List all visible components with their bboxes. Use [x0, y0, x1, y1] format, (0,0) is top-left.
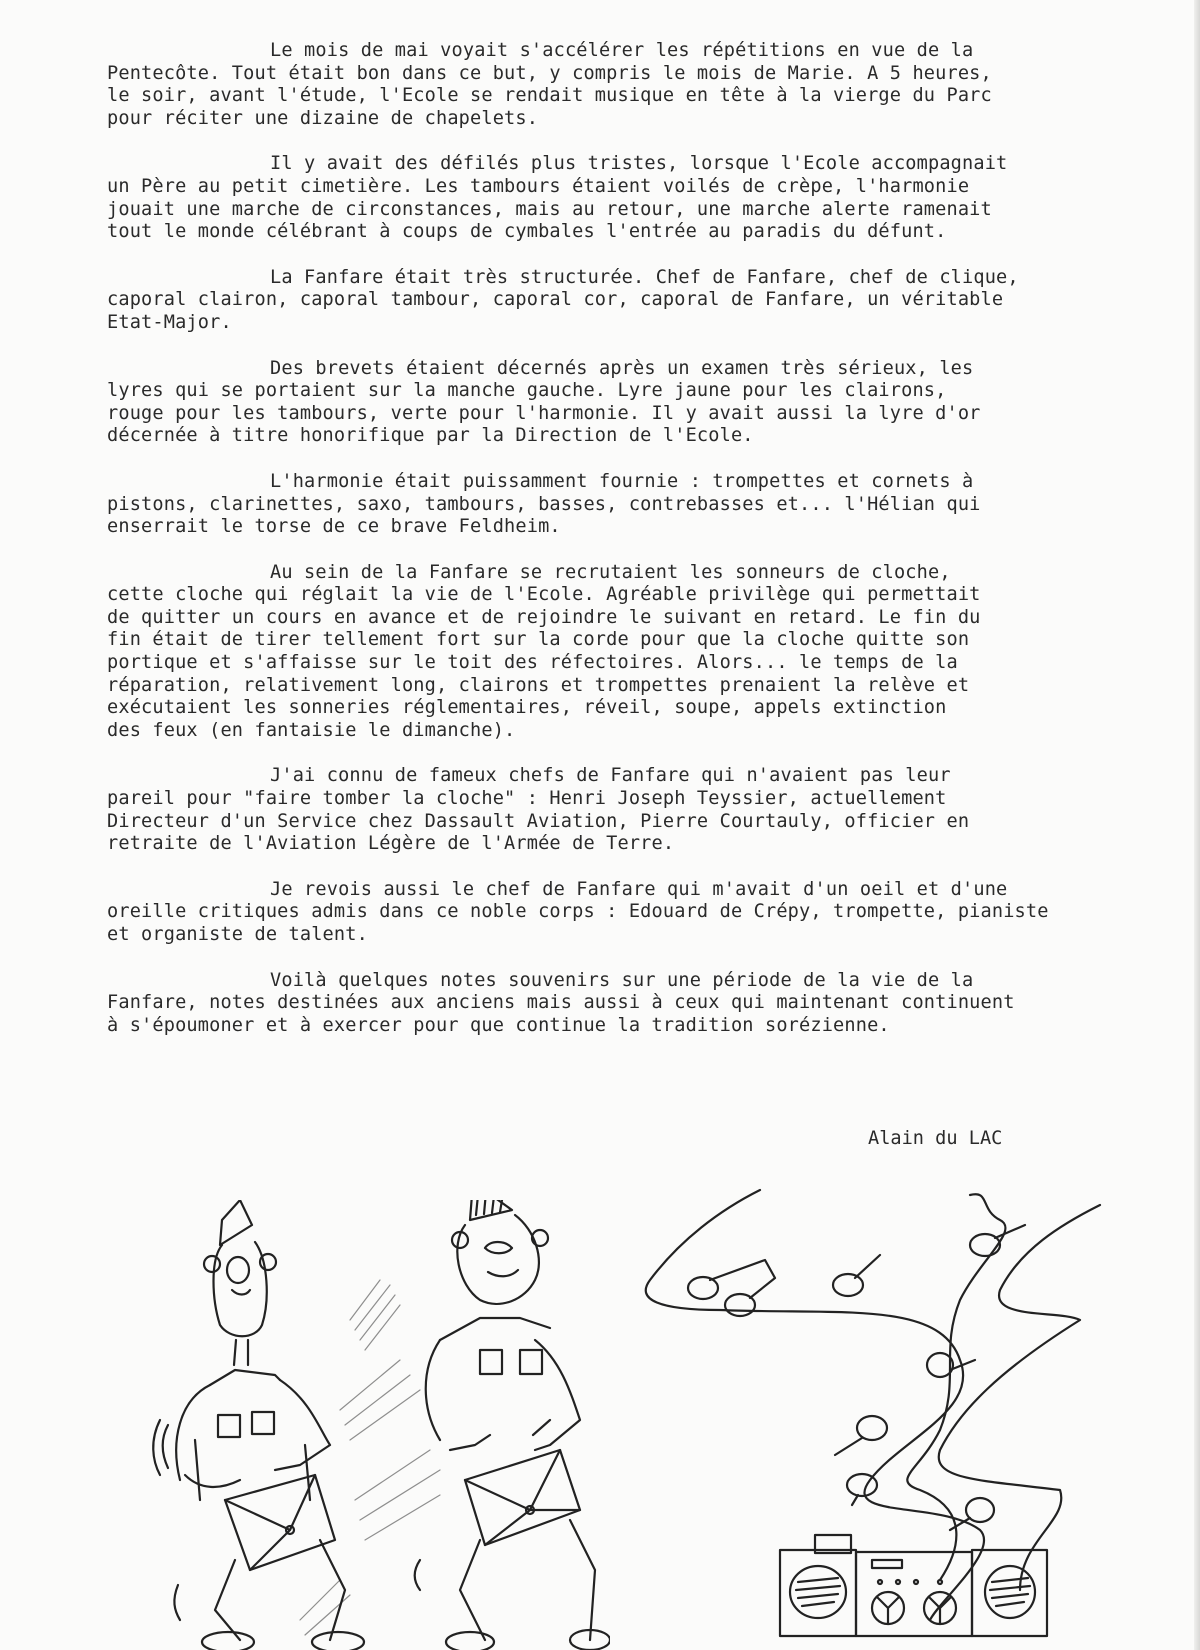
drummer-left [153, 1200, 364, 1650]
text-line: retraite de l'Aviation Légère de l'Armée… [107, 833, 1067, 856]
text-line: caporal clairon, caporal tambour, capora… [107, 289, 1067, 312]
paragraph: L'harmonie était puissamment fournie : t… [107, 471, 1067, 539]
drummers-illustration [140, 1200, 610, 1650]
article-body: Le mois de mai voyait s'accélérer les ré… [107, 40, 1067, 1060]
text-line: tout le monde célébrant à coups de cymba… [107, 221, 1067, 244]
text-line: de quitter un cours en avance et de rejo… [107, 607, 1067, 630]
text-line: enserrait le torse de ce brave Feldheim. [107, 516, 1067, 539]
text-line: J'ai connu de fameux chefs de Fanfare qu… [107, 765, 1067, 788]
text-line: un Père au petit cimetière. Les tambours… [107, 176, 1067, 199]
music-stream [646, 1190, 1100, 1620]
text-line: pareil pour "faire tomber la cloche" : H… [107, 788, 1067, 811]
text-line: Voilà quelques notes souvenirs sur une p… [107, 970, 1067, 993]
boombox-illustration [640, 1180, 1140, 1650]
text-line: Pentecôte. Tout était bon dans ce but, y… [107, 63, 1067, 86]
page-edge [1194, 0, 1200, 1650]
text-line: Directeur d'un Service chez Dassault Avi… [107, 811, 1067, 834]
text-line: le soir, avant l'étude, l'Ecole se renda… [107, 85, 1067, 108]
text-line: portique et s'affaisse sur le toit des r… [107, 652, 1067, 675]
text-line: Des brevets étaient décernés après un ex… [107, 358, 1067, 381]
text-line: Le mois de mai voyait s'accélérer les ré… [107, 40, 1067, 63]
text-line: Au sein de la Fanfare se recrutaient les… [107, 562, 1067, 585]
paragraph: Je revois aussi le chef de Fanfare qui m… [107, 879, 1067, 947]
text-line: Il y avait des défilés plus tristes, lor… [107, 153, 1067, 176]
text-line: et organiste de talent. [107, 924, 1067, 947]
text-line: des feux (en fantaisie le dimanche). [107, 720, 1067, 743]
paragraph: Au sein de la Fanfare se recrutaient les… [107, 562, 1067, 743]
author-signature: Alain du LAC [868, 1128, 1002, 1149]
paragraph: Le mois de mai voyait s'accélérer les ré… [107, 40, 1067, 130]
text-line: décernée à titre honorifique par la Dire… [107, 425, 1067, 448]
text-line: jouait une marche de circonstances, mais… [107, 199, 1067, 222]
boombox-icon [780, 1535, 1047, 1636]
text-line: oreille critiques admis dans ce noble co… [107, 901, 1067, 924]
text-line: pour réciter une dizaine de chapelets. [107, 108, 1067, 131]
paragraph: Voilà quelques notes souvenirs sur une p… [107, 970, 1067, 1038]
paragraph: Il y avait des défilés plus tristes, lor… [107, 153, 1067, 243]
motion-hatching [300, 1280, 440, 1635]
text-line: réparation, relativement long, clairons … [107, 675, 1067, 698]
text-line: lyres qui se portaient sur la manche gau… [107, 380, 1067, 403]
music-note-icons [688, 1225, 1025, 1530]
paragraph: Des brevets étaient décernés après un ex… [107, 358, 1067, 448]
text-line: fin était de tirer tellement fort sur la… [107, 629, 1067, 652]
text-line: rouge pour les tambours, verte pour l'ha… [107, 403, 1067, 426]
text-line: pistons, clarinettes, saxo, tambours, ba… [107, 494, 1067, 517]
text-line: L'harmonie était puissamment fournie : t… [107, 471, 1067, 494]
text-line: Fanfare, notes destinées aux anciens mai… [107, 992, 1067, 1015]
text-line: cette cloche qui réglait la vie de l'Eco… [107, 584, 1067, 607]
drummer-right [415, 1200, 610, 1650]
text-line: Etat-Major. [107, 312, 1067, 335]
text-line: à s'époumoner et à exercer pour que cont… [107, 1015, 1067, 1038]
text-line: Je revois aussi le chef de Fanfare qui m… [107, 879, 1067, 902]
text-line: exécutaient les sonneries réglementaires… [107, 697, 1067, 720]
paragraph: J'ai connu de fameux chefs de Fanfare qu… [107, 765, 1067, 855]
paragraph: La Fanfare était très structurée. Chef d… [107, 267, 1067, 335]
text-line: La Fanfare était très structurée. Chef d… [107, 267, 1067, 290]
